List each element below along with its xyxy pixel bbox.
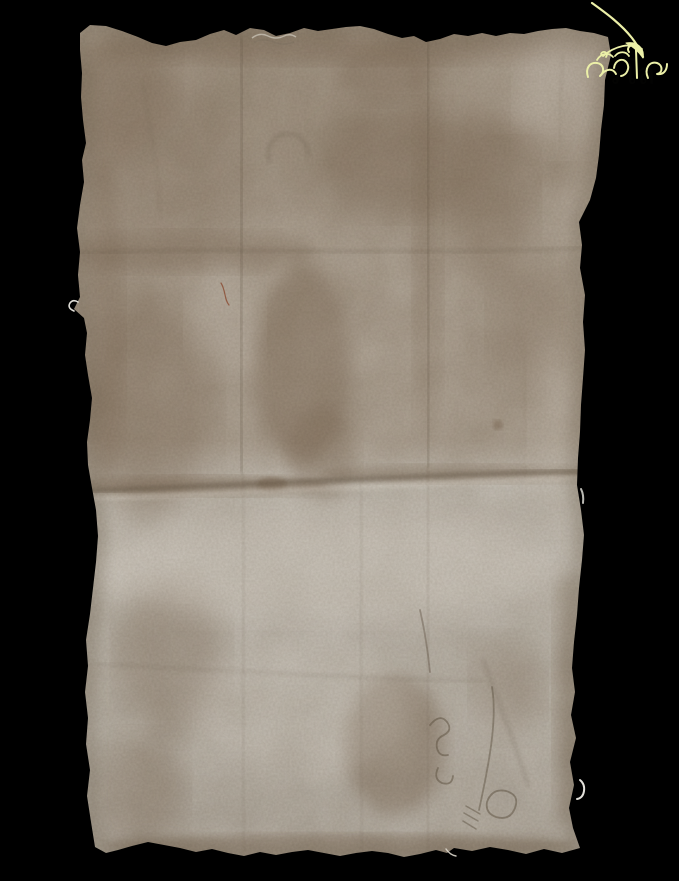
watermark-text: ศิวิโล [585,56,655,92]
fabric-grain-texture [60,15,620,865]
photo-frame: ศิวิโล [0,0,679,881]
cloth [40,10,640,865]
cloth-photo: ศิวิโล [0,0,679,881]
